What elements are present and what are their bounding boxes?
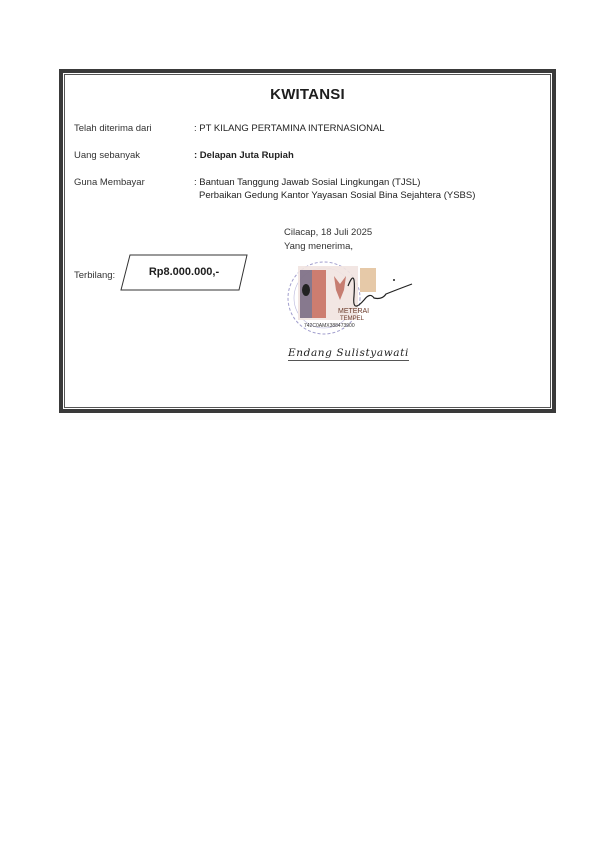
value-purpose-line2: Perbaikan Gedung Kantor Yayasan Sosial B… — [199, 190, 475, 201]
value-amount-words: : Delapan Juta Rupiah — [194, 150, 294, 161]
place-date: Cilacap, 18 Juli 2025 — [284, 227, 372, 238]
label-purpose: Guna Membayar — [74, 177, 145, 188]
label-amount-words: Uang sebanyak — [74, 150, 140, 161]
amount-box: Rp8.000.000,- — [120, 254, 248, 292]
label-received-from: Telah diterima dari — [74, 123, 152, 134]
value-received-from: : PT KILANG PERTAMINA INTERNASIONAL — [194, 123, 385, 134]
signer-name: Endang Sulistyawati — [288, 347, 409, 361]
svg-text:742C0AMX388473900: 742C0AMX388473900 — [304, 323, 355, 329]
revenue-stamp-signature: METERAI TEMPEL 742C0AMX388473900 — [276, 256, 416, 336]
receipt-frame: KWITANSI Telah diterima dari : PT KILANG… — [59, 69, 556, 413]
receipt-title: KWITANSI — [63, 86, 552, 103]
receiver-label: Yang menerima, — [284, 241, 353, 252]
svg-text:TEMPEL: TEMPEL — [340, 316, 365, 322]
svg-text:METERAI: METERAI — [338, 308, 369, 315]
value-purpose: : Bantuan Tanggung Jawab Sosial Lingkung… — [194, 177, 420, 188]
terbilang-label: Terbilang: — [74, 270, 115, 281]
amount-value: Rp8.000.000,- — [120, 266, 248, 278]
